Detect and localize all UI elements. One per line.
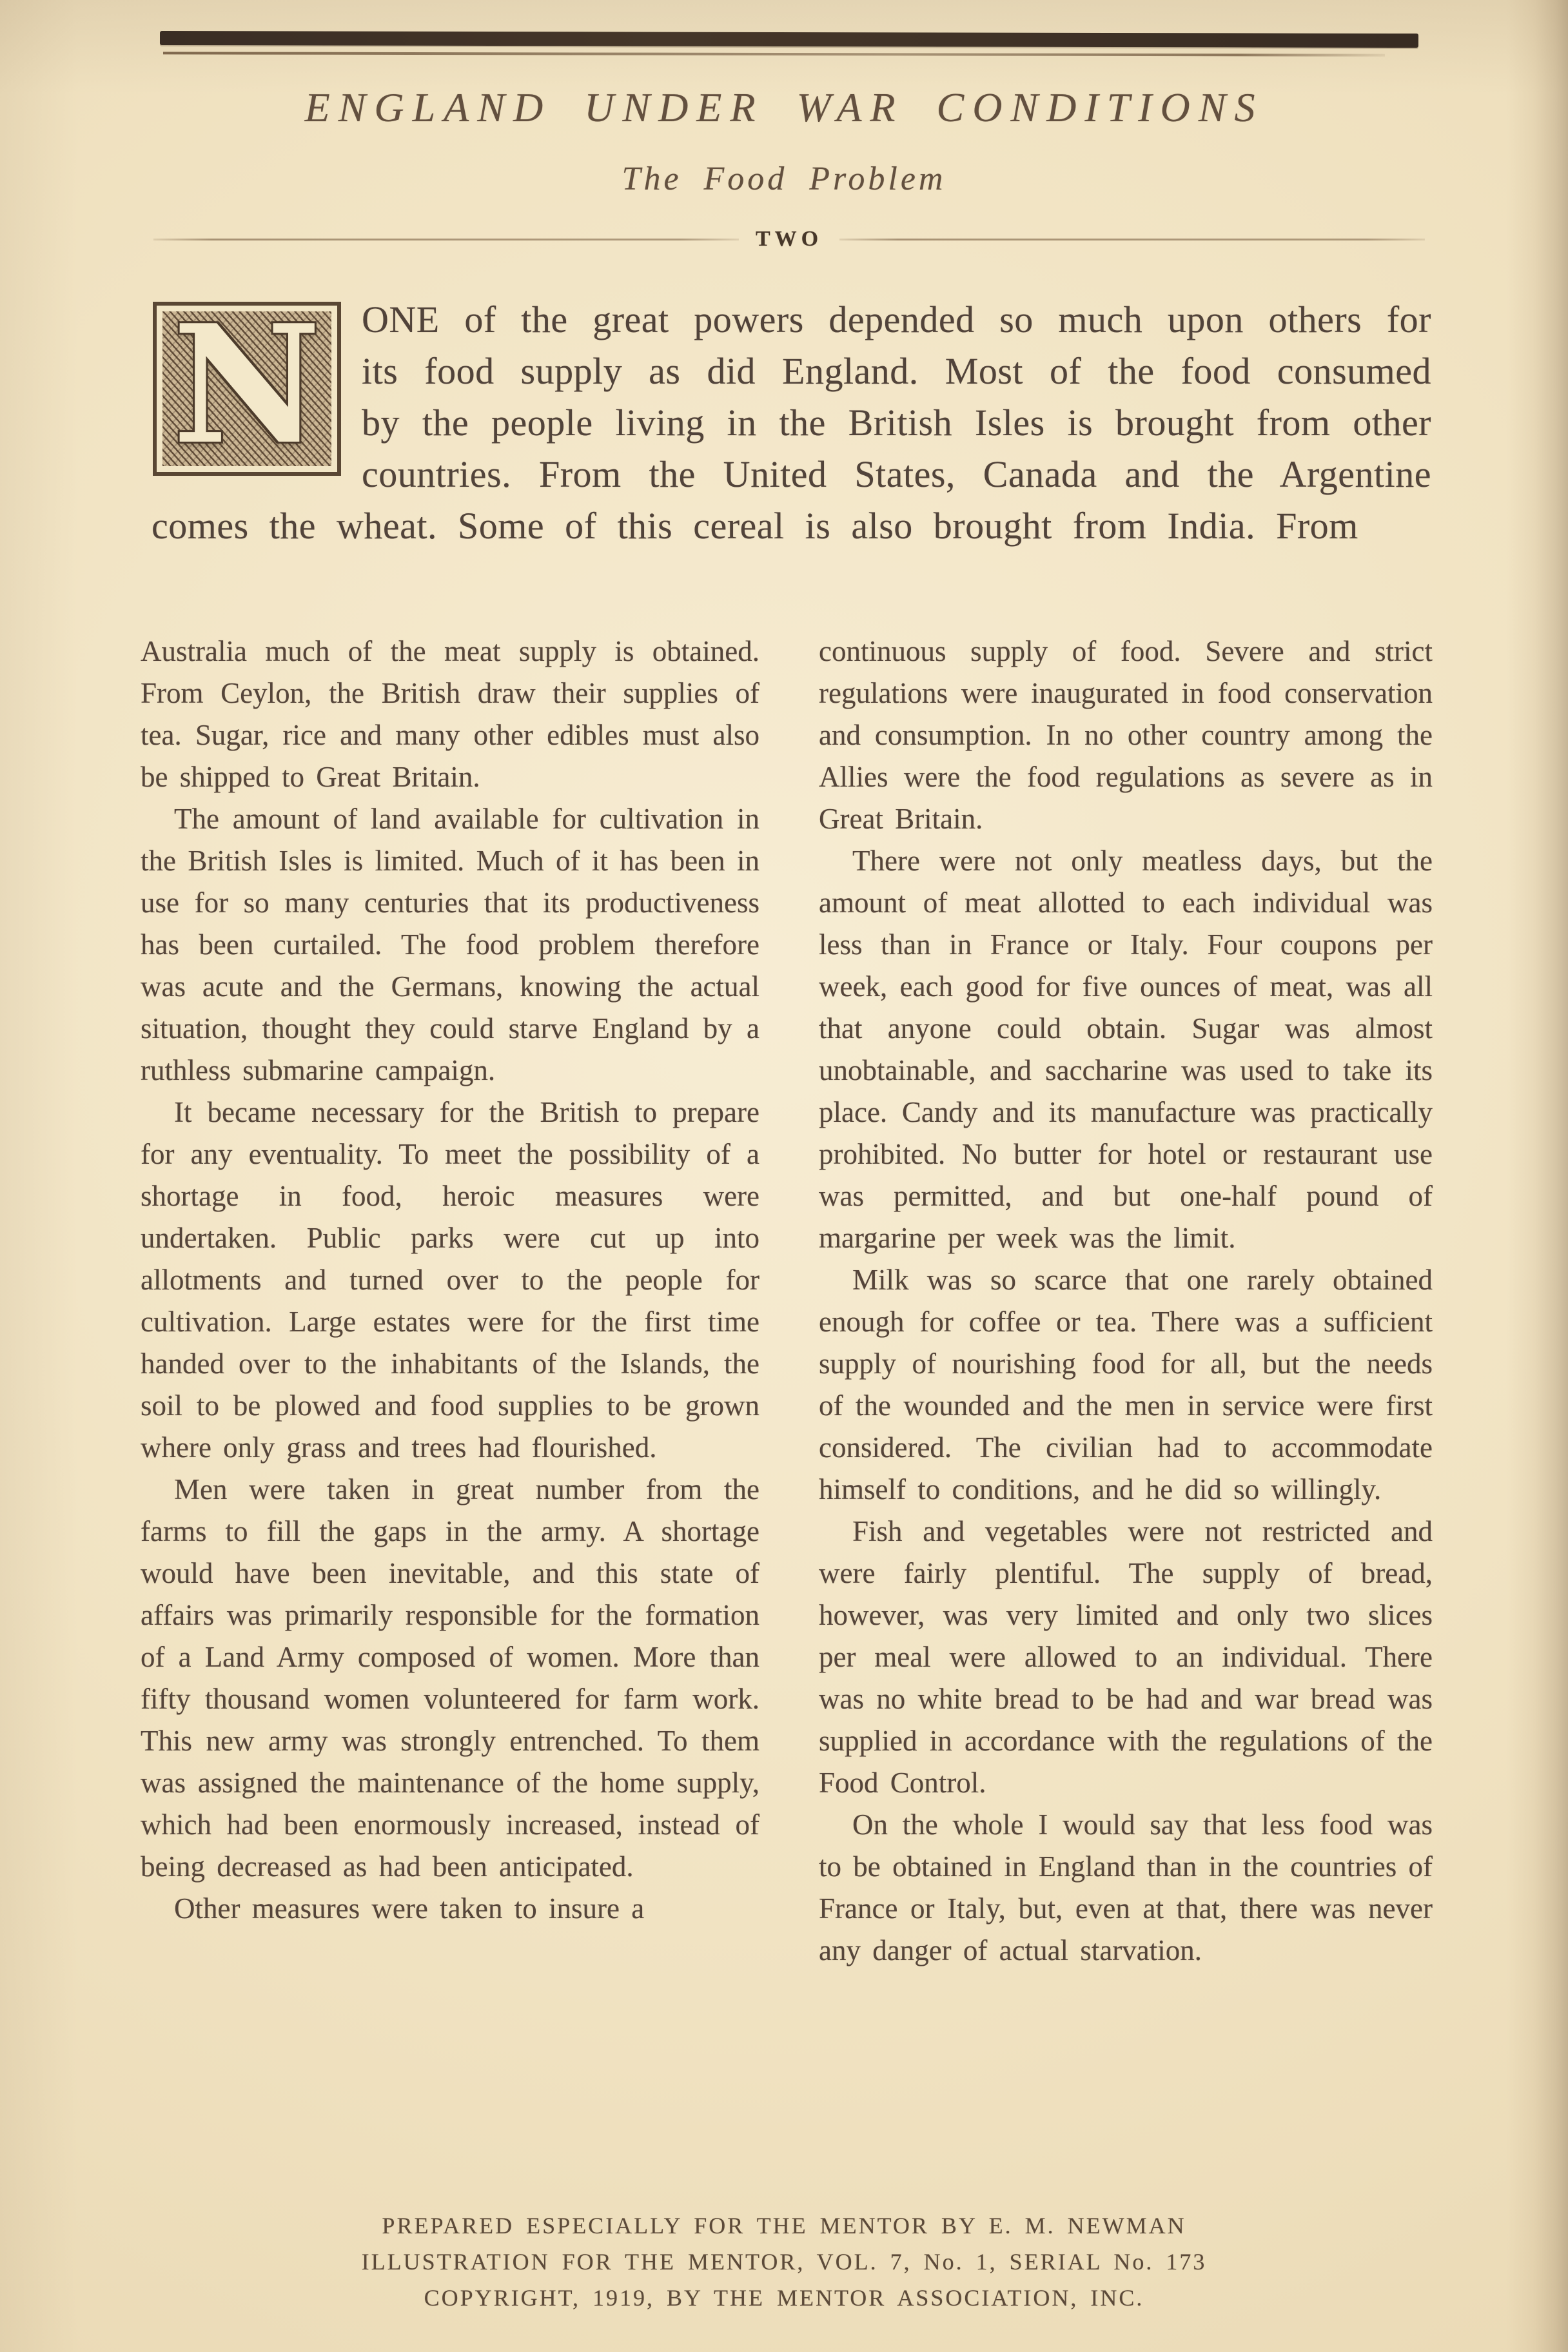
paragraph: There were not only meatless days, but t…: [819, 840, 1433, 1259]
drop-cap-initial: N: [173, 304, 322, 466]
drop-cap-box: N: [153, 302, 341, 476]
scanned-page: ENGLAND UNDER WAR CONDITIONS The Food Pr…: [0, 0, 1568, 2352]
left-column: Australia much of the meat supply is obt…: [141, 631, 759, 1972]
imprint-line-copyright: COPYRIGHT, 1919, BY THE MENTOR ASSOCIATI…: [0, 2280, 1568, 2316]
top-rule-thin: [163, 52, 1385, 56]
imprint-line-prepared: PREPARED ESPECIALLY FOR THE MENTOR BY E.…: [0, 2208, 1568, 2244]
top-rule-thick: [160, 31, 1418, 48]
page-subtitle: The Food Problem: [0, 160, 1568, 198]
paragraph: Other measures were taken to insure a: [141, 1888, 759, 1930]
paragraph: On the whole I would say that less food …: [819, 1804, 1433, 1972]
drop-cap-hatch: N: [162, 311, 331, 466]
imprint-line-serial: ILLUSTRATION FOR THE MENTOR, VOL. 7, No.…: [0, 2244, 1568, 2280]
paragraph: Milk was so scarce that one rarely obtai…: [819, 1259, 1433, 1511]
right-column: continuous supply of food. Severe and st…: [819, 631, 1433, 1972]
paragraph: It became necessary for the British to p…: [141, 1092, 759, 1469]
paragraph: Australia much of the meat supply is obt…: [141, 631, 759, 798]
intro-text: ONE of the great powers depended so much…: [152, 299, 1431, 547]
page-number-label: TWO: [739, 227, 839, 251]
intro-paragraph: N ONE of the great powers depended so mu…: [152, 294, 1431, 552]
paragraph: Fish and vegetables were not restricted …: [819, 1511, 1433, 1804]
paragraph: Men were taken in great number from the …: [141, 1469, 759, 1888]
page-title: ENGLAND UNDER WAR CONDITIONS: [0, 84, 1568, 132]
divider-line-right: [839, 239, 1425, 240]
paragraph: continuous supply of food. Severe and st…: [819, 631, 1433, 840]
paragraph: The amount of land available for cultiva…: [141, 798, 759, 1092]
two-column-body: Australia much of the meat supply is obt…: [141, 631, 1433, 1972]
divider-line-left: [153, 239, 739, 240]
page-number-divider: TWO: [153, 227, 1425, 251]
imprint-footer: PREPARED ESPECIALLY FOR THE MENTOR BY E.…: [0, 2208, 1568, 2316]
